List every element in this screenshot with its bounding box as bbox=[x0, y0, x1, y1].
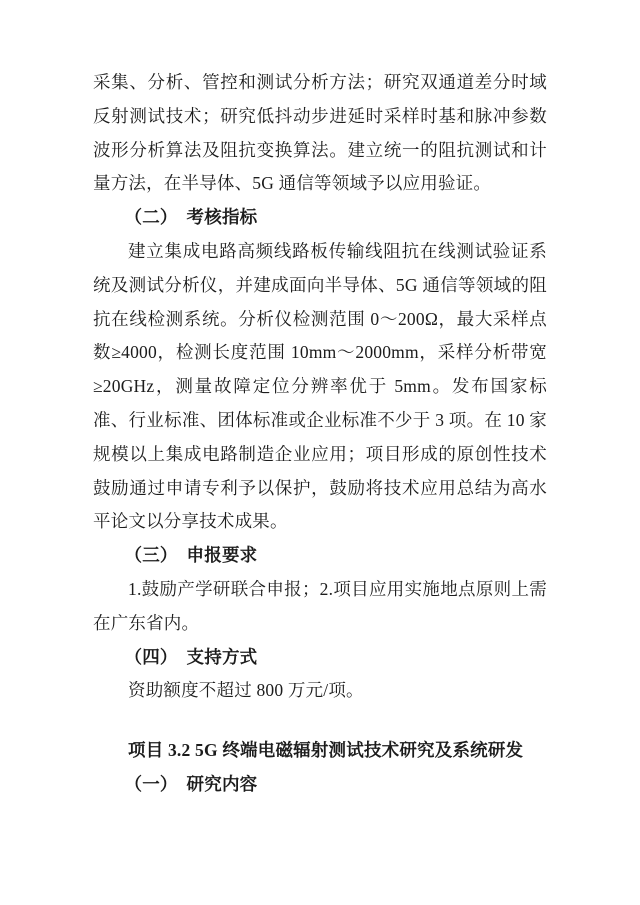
section-body-2-kaohe-zhibiao: 建立集成电路高频线路板传输线阻抗在线测试验证系统及测试分析仪，并建成面向半导体、… bbox=[93, 235, 547, 539]
paragraph-continued: 采集、分析、管控和测试分析方法；研究双通道差分时域反射测试技术；研究低抖动步进延… bbox=[93, 66, 547, 201]
section-heading-4-zhichi-fangshi: （四） 支持方式 bbox=[93, 641, 547, 675]
section-body-3-shenbao-yaoqiu: 1.鼓励产学研联合申报；2.项目应用实施地点原则上需在广东省内。 bbox=[93, 573, 547, 641]
document-page: 采集、分析、管控和测试分析方法；研究双通道差分时域反射测试技术；研究低抖动步进延… bbox=[0, 0, 640, 905]
document-body: 采集、分析、管控和测试分析方法；研究双通道差分时域反射测试技术；研究低抖动步进延… bbox=[93, 66, 547, 802]
section-heading-1-yanjiu-neirong: （一） 研究内容 bbox=[93, 768, 547, 802]
section-body-4-zhichi-fangshi: 资助额度不超过 800 万元/项。 bbox=[93, 674, 547, 708]
section-heading-3-shenbao-yaoqiu: （三） 申报要求 bbox=[93, 539, 547, 573]
project-3-2-title: 项目 3.2 5G 终端电磁辐射测试技术研究及系统研发 bbox=[93, 734, 547, 768]
section-heading-2-kaohe-zhibiao: （二） 考核指标 bbox=[93, 201, 547, 235]
